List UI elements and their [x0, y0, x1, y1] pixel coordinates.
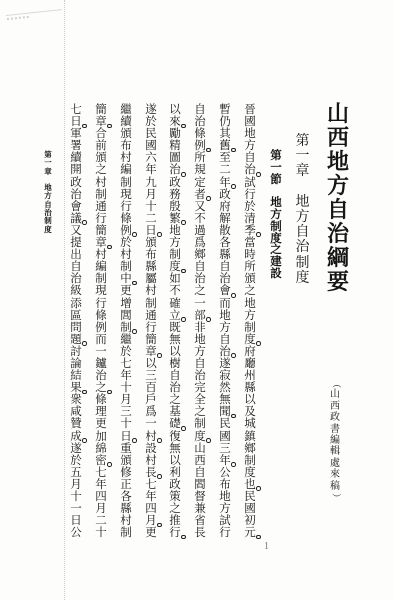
- body-column-4: 以來勵精圖治政務殷繁地方制度如不確立既無以樹自治之基礎復無以利政策之推行: [168, 103, 182, 538]
- glyph: 政: [218, 188, 232, 200]
- glyph: 以: [168, 454, 182, 466]
- glyph: 輯: [328, 446, 342, 457]
- glyph: 綿: [94, 442, 108, 454]
- glyph: 節: [269, 174, 283, 186]
- glyph: 非: [193, 321, 207, 333]
- glyph: 制: [119, 321, 133, 333]
- glyph: 更: [119, 284, 133, 296]
- glyph: 十: [94, 526, 108, 538]
- glyph: 自: [325, 198, 351, 222]
- glyph: 密: [94, 454, 108, 466]
- period-mark: [157, 474, 162, 479]
- glyph: 會: [218, 284, 232, 296]
- glyph: 地: [294, 195, 311, 210]
- glyph: 二: [218, 163, 232, 175]
- period-mark: [181, 317, 186, 322]
- glyph: 民: [218, 417, 232, 429]
- glyph: 西: [328, 401, 342, 412]
- glyph: 制: [294, 256, 311, 271]
- glyph: 級: [69, 284, 83, 296]
- glyph: 增: [119, 297, 133, 309]
- glyph: 度: [294, 271, 311, 286]
- glyph: 務: [168, 188, 182, 200]
- glyph: 復: [168, 430, 182, 442]
- glyph: 更: [144, 526, 158, 538]
- glyph: 之: [243, 284, 257, 296]
- faint-stamp-dots: [7, 16, 29, 22]
- glyph: 方: [294, 210, 311, 225]
- glyph: 政: [328, 412, 342, 423]
- glyph: 山: [193, 442, 207, 454]
- glyph: 制: [94, 188, 108, 200]
- glyph: 書: [328, 424, 342, 435]
- glyph: 確: [168, 297, 182, 309]
- glyph: 三: [218, 442, 232, 454]
- glyph: 鄉: [243, 442, 257, 454]
- glyph: 制: [119, 526, 133, 538]
- glyph: 城: [243, 417, 257, 429]
- glyph: 行: [243, 188, 257, 200]
- period-mark: [157, 438, 162, 443]
- glyph: 自: [294, 225, 311, 240]
- glyph: 章: [43, 168, 53, 176]
- glyph: 方: [218, 321, 232, 333]
- glyph: 立: [168, 309, 182, 321]
- period-mark: [206, 317, 211, 322]
- period-mark: [206, 438, 211, 443]
- glyph: 度: [43, 226, 53, 234]
- glyph: 章: [294, 164, 311, 179]
- glyph: 方: [243, 309, 257, 321]
- parenthesis: ）: [329, 491, 340, 505]
- period-mark: [256, 341, 261, 346]
- glyph: 山: [325, 102, 351, 126]
- period-mark: [82, 124, 87, 129]
- period-mark: [132, 232, 137, 237]
- body-column-7: 簡章合前頒之村制通行簡章村編制現行條例而一鑪治之條理更加綿密七年四月二十: [94, 103, 108, 538]
- period-mark: [181, 220, 186, 225]
- glyph: 閭: [119, 309, 133, 321]
- glyph: 治: [325, 222, 351, 246]
- period-mark: [231, 293, 236, 298]
- glyph: 十: [119, 417, 133, 429]
- glyph: 治: [294, 240, 311, 255]
- glyph: 設: [269, 268, 283, 280]
- period-mark: [256, 172, 261, 177]
- glyph: 無: [168, 442, 182, 454]
- glyph: 之: [94, 163, 108, 175]
- period-mark: [132, 438, 137, 443]
- source-note: （山西政書編輯處來稿）: [328, 378, 342, 503]
- glyph: 公: [69, 526, 83, 538]
- glyph: 制: [119, 176, 133, 188]
- glyph: 長: [193, 526, 207, 538]
- glyph: 行: [168, 526, 182, 538]
- glyph: 月: [144, 188, 158, 200]
- glyph: 綱: [325, 246, 351, 270]
- body-column-2: 暫仍其舊至二年政府解散各縣自治會而地方自治遂寂然無聞民國三年公布地方試行: [218, 103, 232, 538]
- glyph: 村: [144, 454, 158, 466]
- glyph: 區: [69, 309, 83, 321]
- gutter-dotted-line: [64, 0, 65, 600]
- period-mark: [231, 414, 236, 419]
- glyph: 村: [144, 430, 158, 442]
- glyph: 於: [69, 454, 83, 466]
- glyph: 治: [69, 188, 83, 200]
- body-column-8: 七日軍署續開政治會議又提出自治級添區問題討論結果衆咸贊成遂於五月十一日公: [69, 103, 83, 538]
- period-mark: [107, 462, 112, 467]
- glyph: 年: [218, 454, 232, 466]
- running-head: 第一章地方自治制度: [43, 151, 53, 234]
- document-title: 山西地方自治綱要: [325, 102, 351, 294]
- glyph: 鎮: [243, 430, 257, 442]
- glyph: 制: [193, 417, 207, 429]
- glyph: 贊: [69, 417, 83, 429]
- glyph: 制: [144, 297, 158, 309]
- glyph: 方: [325, 174, 351, 198]
- glyph: 試: [243, 176, 257, 188]
- glyph: 規: [193, 163, 207, 175]
- glyph: 行: [144, 321, 158, 333]
- period-mark: [82, 390, 87, 395]
- period-mark: [107, 245, 112, 250]
- glyph: 一: [193, 297, 207, 309]
- glyph: 日: [119, 430, 133, 442]
- glyph: 村: [144, 284, 158, 296]
- glyph: 頒: [119, 454, 133, 466]
- glyph: 地: [325, 150, 351, 174]
- period-mark: [256, 232, 261, 237]
- glyph: 既: [168, 321, 182, 333]
- period-mark: [157, 353, 162, 358]
- glyph: 要: [325, 270, 351, 294]
- glyph: 之: [193, 284, 207, 296]
- glyph: 山: [328, 389, 342, 400]
- glyph: 年: [218, 176, 232, 188]
- body-column-1: 晉國地方自治試行於清季當時所頒之地方制度府廳州縣以及城鎮鄉制度也民國初元: [243, 103, 257, 538]
- glyph: 制: [243, 321, 257, 333]
- period-mark: [82, 438, 87, 443]
- period-mark: [231, 462, 236, 467]
- period-mark: [231, 353, 236, 358]
- glyph: 政: [69, 176, 83, 188]
- period-mark: [157, 523, 162, 528]
- glyph: 成: [69, 430, 83, 442]
- period-mark: [82, 220, 87, 225]
- period-mark: [256, 486, 261, 491]
- glyph: 村: [94, 176, 108, 188]
- glyph: 第: [294, 134, 311, 149]
- glyph: 者: [193, 188, 207, 200]
- glyph: 處: [328, 458, 342, 469]
- glyph: 添: [69, 297, 83, 309]
- glyph: 國: [218, 430, 232, 442]
- glyph: 度: [193, 430, 207, 442]
- chapter-heading: 第一章地方自治制度: [294, 134, 311, 286]
- section-heading: 第一節地方制度之建設: [269, 150, 283, 280]
- period-mark: [107, 124, 112, 129]
- glyph: 西: [325, 126, 351, 150]
- glyph: 現: [119, 188, 133, 200]
- glyph: 開: [69, 163, 83, 175]
- glyph: 重: [119, 442, 133, 454]
- glyph: 設: [144, 442, 158, 454]
- glyph: 編: [328, 435, 342, 446]
- body-column-6: 繼續頒布村編制現行條例於村制中更增閭制繼於七年十月三十日重頒修正各縣村制: [119, 103, 133, 538]
- period-mark: [181, 124, 186, 129]
- glyph: 西: [193, 454, 207, 466]
- period-mark: [181, 535, 186, 540]
- period-mark: [157, 232, 162, 237]
- period-mark: [107, 390, 112, 395]
- glyph: 編: [119, 163, 133, 175]
- body-column-5: 遂於民國六年九月十二日頒布縣屬村制通行簡章以三百戶爲一村設村長七年四月更: [144, 103, 158, 538]
- glyph: 礎: [168, 417, 182, 429]
- faint-stamp-mark: [6, 9, 62, 16]
- glyph: 通: [144, 309, 158, 321]
- glyph: 行: [94, 297, 108, 309]
- period-mark: [132, 281, 137, 286]
- period-mark: [82, 341, 87, 346]
- period-mark: [231, 184, 236, 189]
- glyph: 政: [168, 176, 182, 188]
- glyph: 制: [243, 454, 257, 466]
- period-mark: [181, 269, 186, 274]
- period-mark: [132, 329, 137, 334]
- scanned-page: 山西地方自治綱要 （山西政書編輯處來稿） 第一章地方自治制度 第一節地方制度之建…: [0, 0, 393, 600]
- glyph: 定: [193, 176, 207, 188]
- glyph: 一: [144, 417, 158, 429]
- glyph: 不: [168, 284, 182, 296]
- glyph: 現: [94, 284, 108, 296]
- glyph: 行: [218, 526, 232, 538]
- glyph: 治: [243, 163, 257, 175]
- glyph: 元: [243, 526, 257, 538]
- gap: [294, 180, 311, 195]
- glyph: 地: [243, 297, 257, 309]
- glyph: 來: [328, 469, 342, 480]
- glyph: 九: [144, 176, 158, 188]
- glyph: 而: [218, 297, 232, 309]
- glyph: 條: [94, 309, 108, 321]
- glyph: 更: [94, 417, 108, 429]
- period-mark: [181, 172, 186, 177]
- period-mark: [231, 148, 236, 153]
- glyph: 地: [218, 309, 232, 321]
- glyph: 年: [144, 163, 158, 175]
- period-mark: [181, 426, 186, 431]
- period-mark: [206, 148, 211, 153]
- glyph: 遂: [69, 442, 83, 454]
- glyph: 例: [94, 321, 108, 333]
- glyph: 問: [69, 321, 83, 333]
- period-mark: [206, 196, 211, 201]
- glyph: 治: [168, 163, 182, 175]
- page-number: 1: [264, 541, 269, 552]
- period-mark: [256, 535, 261, 540]
- body-column-3: 自治條例所規定者又不過爲鄉自治之一部非地方自治完全之制度山西自閻督兼省長: [193, 103, 207, 538]
- glyph: 部: [193, 309, 207, 321]
- glyph: 加: [94, 430, 108, 442]
